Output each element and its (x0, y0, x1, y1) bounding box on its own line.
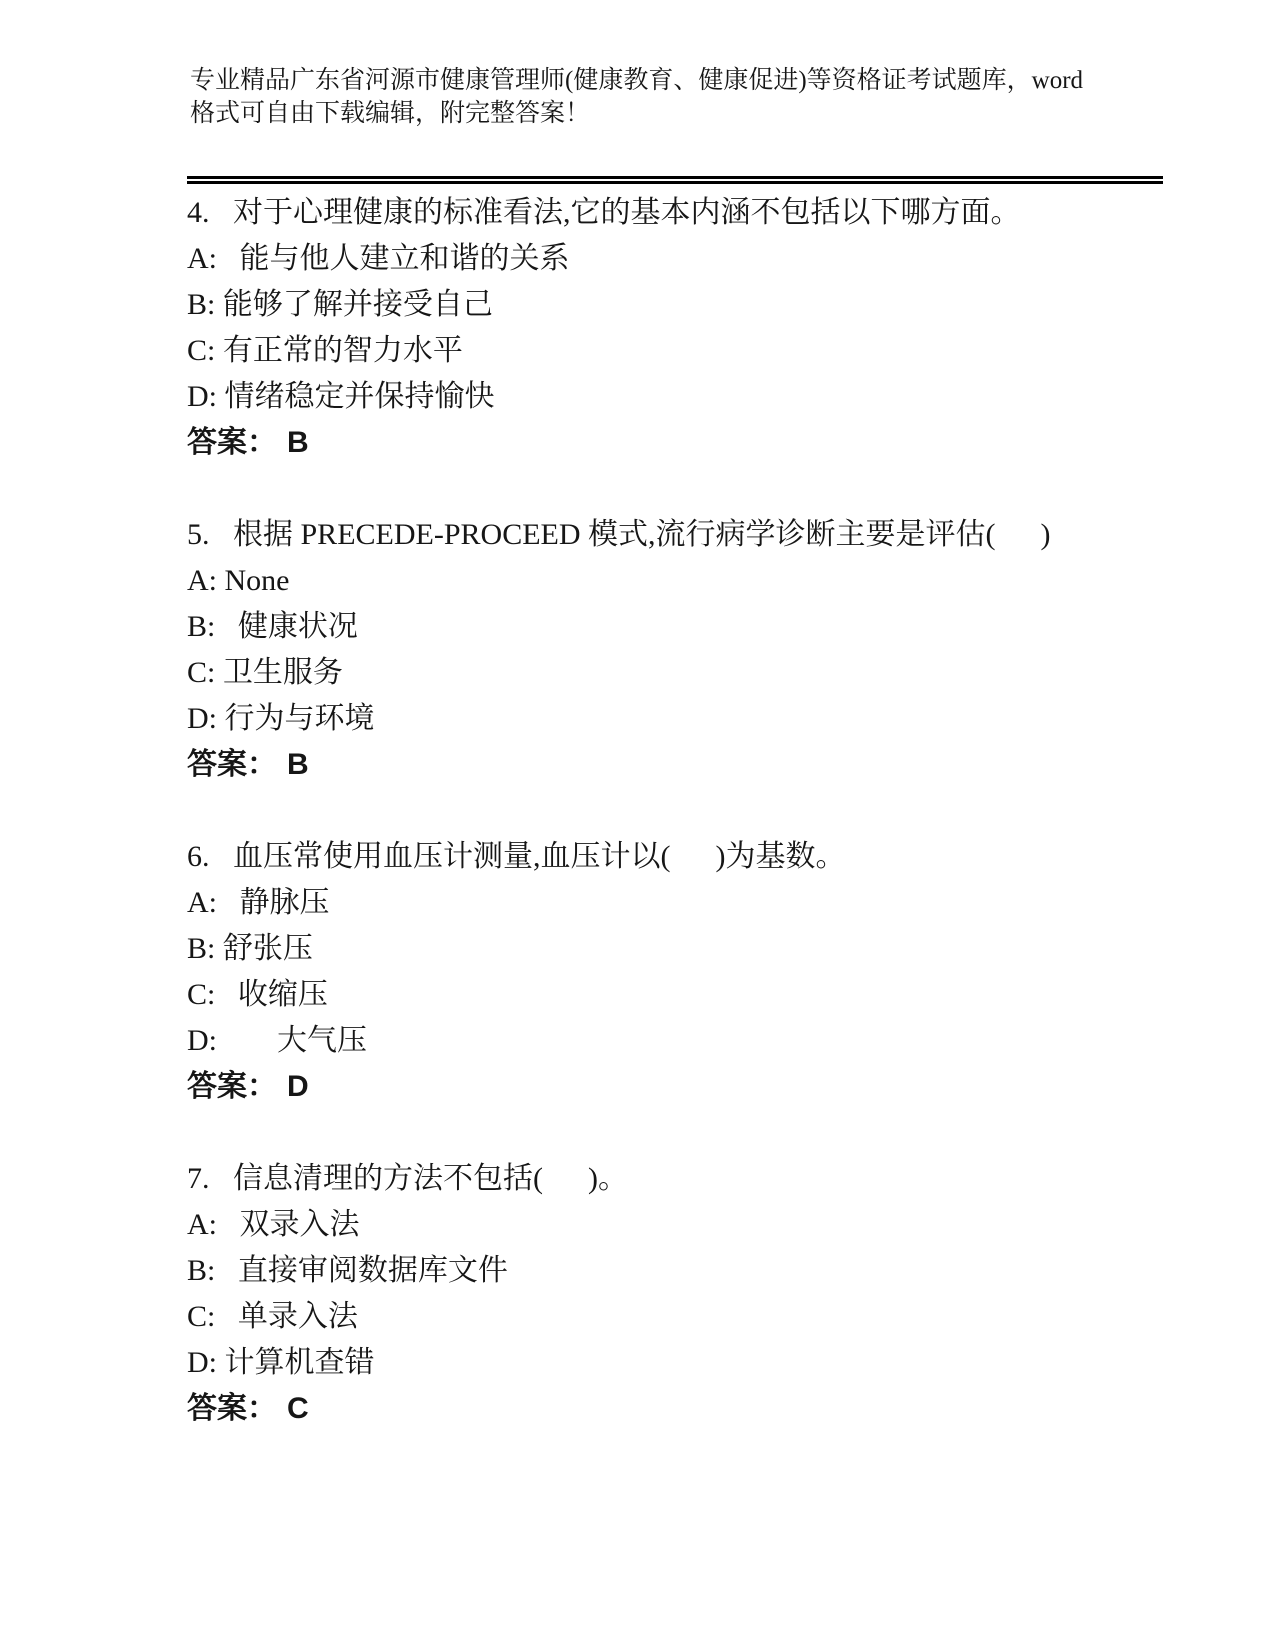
answer-value: B (287, 426, 309, 459)
question-number: 7. (187, 1156, 233, 1202)
option-b: B: 能够了解并接受自己 (187, 282, 1275, 328)
option-c: C: 卫生服务 (187, 650, 1275, 696)
question-text: 血压常使用血压计测量,血压计以( )为基数。 (233, 840, 845, 873)
answer-line: 答案：C (187, 1386, 1275, 1432)
questions-list: 4.对于心理健康的标准看法,它的基本内涵不包括以下哪方面。 A: 能与他人建立和… (187, 190, 1275, 1432)
question-number: 4. (187, 190, 233, 236)
answer-line: 答案：B (187, 742, 1275, 788)
question-line: 6.血压常使用血压计测量,血压计以( )为基数。 (187, 834, 1275, 880)
option-c: C: 有正常的智力水平 (187, 328, 1275, 374)
question-line: 4.对于心理健康的标准看法,它的基本内涵不包括以下哪方面。 (187, 190, 1275, 236)
option-b: B: 直接审阅数据库文件 (187, 1248, 1275, 1294)
header-divider (187, 176, 1163, 184)
option-d: D: 计算机查错 (187, 1340, 1275, 1386)
option-a: A: 静脉压 (187, 880, 1275, 926)
option-d: D: 情绪稳定并保持愉快 (187, 374, 1275, 420)
option-a: A: None (187, 558, 1275, 604)
answer-prefix: 答案： (187, 748, 277, 781)
question-block-4: 4.对于心理健康的标准看法,它的基本内涵不包括以下哪方面。 A: 能与他人建立和… (187, 190, 1275, 466)
question-block-5: 5.根据 PRECEDE-PROCEED 模式,流行病学诊断主要是评估( ) A… (187, 512, 1275, 788)
answer-line: 答案：B (187, 420, 1275, 466)
question-text: 对于心理健康的标准看法,它的基本内涵不包括以下哪方面。 (233, 196, 1021, 229)
answer-value: D (287, 1070, 309, 1103)
question-line: 7.信息清理的方法不包括( )。 (187, 1156, 1275, 1202)
question-text: 根据 PRECEDE-PROCEED 模式,流行病学诊断主要是评估( ) (233, 518, 1051, 551)
answer-value: C (287, 1392, 309, 1425)
answer-prefix: 答案： (187, 1392, 277, 1425)
option-c: C: 收缩压 (187, 972, 1275, 1018)
document-page: 专业精品广东省河源市健康管理师(健康教育、健康促进)等资格证考试题库，word … (0, 0, 1275, 1650)
header-line-1: 专业精品广东省河源市健康管理师(健康教育、健康促进)等资格证考试题库，word (190, 64, 1165, 97)
answer-prefix: 答案： (187, 426, 277, 459)
option-d: D: 大气压 (187, 1018, 1275, 1064)
question-block-6: 6.血压常使用血压计测量,血压计以( )为基数。 A: 静脉压 B: 舒张压 C… (187, 834, 1275, 1110)
answer-value: B (287, 748, 309, 781)
option-d: D: 行为与环境 (187, 696, 1275, 742)
option-c: C: 单录入法 (187, 1294, 1275, 1340)
page-header: 专业精品广东省河源市健康管理师(健康教育、健康促进)等资格证考试题库，word … (190, 0, 1165, 130)
answer-line: 答案：D (187, 1064, 1275, 1110)
option-a: A: 能与他人建立和谐的关系 (187, 236, 1275, 282)
option-b: B: 健康状况 (187, 604, 1275, 650)
question-number: 5. (187, 512, 233, 558)
answer-prefix: 答案： (187, 1070, 277, 1103)
header-line-2: 格式可自由下载编辑，附完整答案！ (190, 97, 1165, 130)
option-b: B: 舒张压 (187, 926, 1275, 972)
question-number: 6. (187, 834, 233, 880)
question-block-7: 7.信息清理的方法不包括( )。 A: 双录入法 B: 直接审阅数据库文件 C:… (187, 1156, 1275, 1432)
option-a: A: 双录入法 (187, 1202, 1275, 1248)
question-text: 信息清理的方法不包括( )。 (233, 1162, 628, 1195)
question-line: 5.根据 PRECEDE-PROCEED 模式,流行病学诊断主要是评估( ) (187, 512, 1275, 558)
